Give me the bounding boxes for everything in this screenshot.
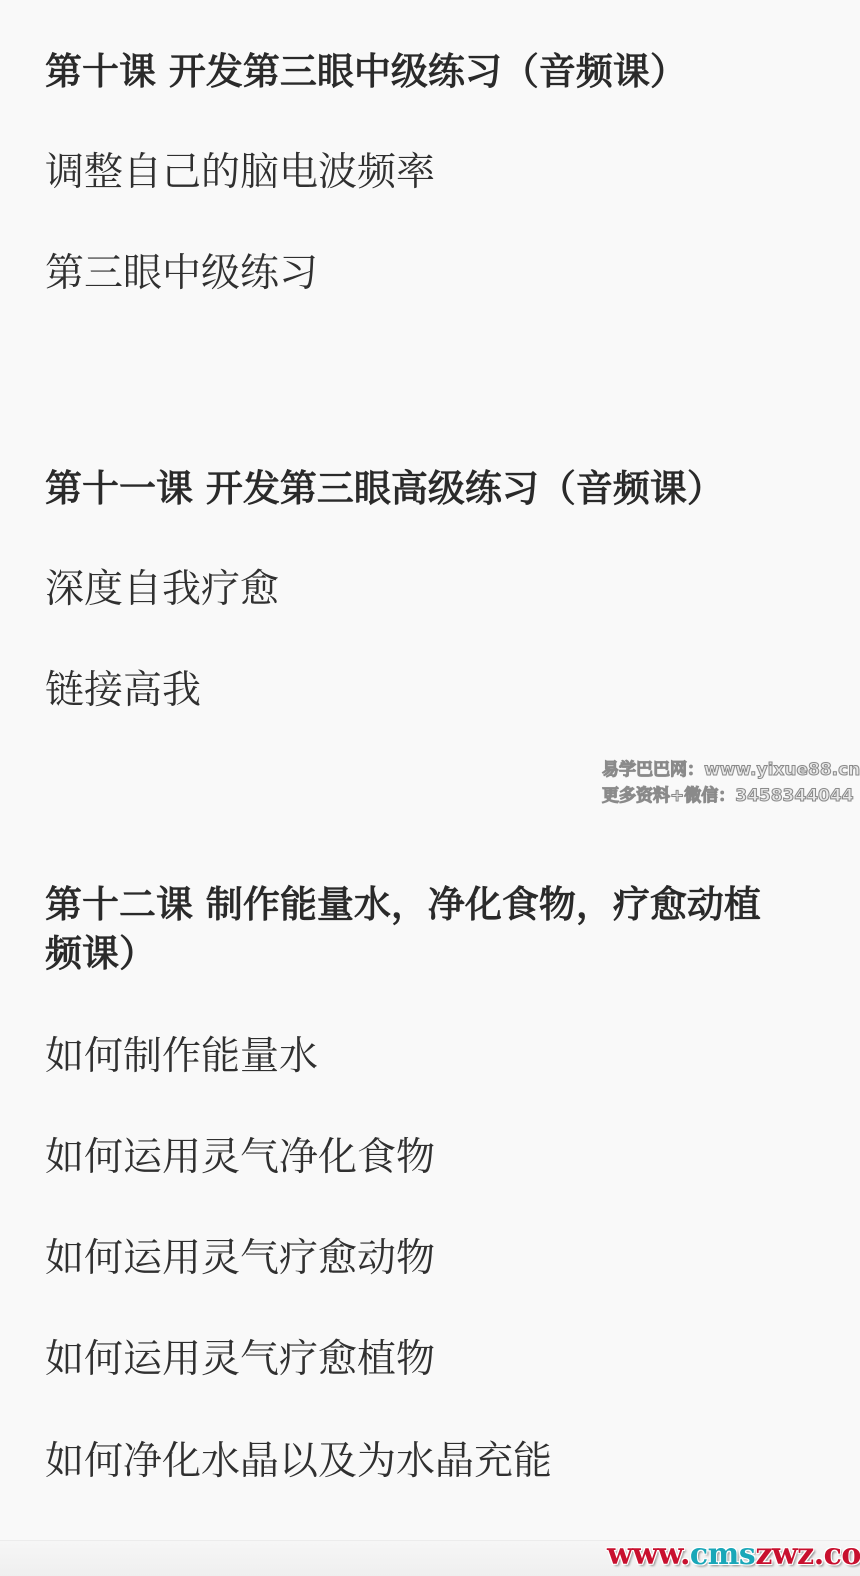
list-item: 链接高我 — [45, 666, 201, 716]
section-heading-lesson-10: 第十课 开发第三眼中级练习（音频课） — [45, 48, 687, 96]
list-item: 如何运用灵气疗愈动物 — [45, 1234, 435, 1284]
list-item: 如何运用灵气净化食物 — [45, 1133, 435, 1183]
list-item: 深度自我疗愈 — [45, 565, 279, 615]
site-watermark-logo: www.cmszwz.com — [607, 1535, 860, 1575]
list-item: 调整自己的脑电波频率 — [45, 148, 435, 198]
document-body: 第十课 开发第三眼中级练习（音频课） 调整自己的脑电波频率 第三眼中级练习 第十… — [0, 0, 860, 1540]
watermark-site-line: 易学巴巴网：www.yixue88.cn — [602, 759, 860, 781]
list-item: 第三眼中级练习 — [45, 249, 318, 299]
site-mark-prefix: www. — [607, 1537, 690, 1572]
list-item: 如何制作能量水 — [45, 1032, 318, 1082]
section-heading-lesson-11: 第十一课 开发第三眼高级练习（音频课） — [45, 465, 724, 513]
section-heading-lesson-12-line2: 频课） — [45, 930, 156, 978]
section-heading-lesson-12-line1: 第十二课 制作能量水，净化食物，疗愈动植 — [45, 881, 761, 929]
list-item: 如何运用灵气疗愈植物 — [45, 1335, 435, 1385]
site-mark-suffix: zwz.com — [755, 1537, 860, 1572]
site-mark-mid: cms — [690, 1537, 755, 1572]
watermark-contact-line: 更多资料+微信：3458344044 — [602, 785, 854, 807]
list-item: 如何净化水晶以及为水晶充能 — [45, 1437, 552, 1487]
